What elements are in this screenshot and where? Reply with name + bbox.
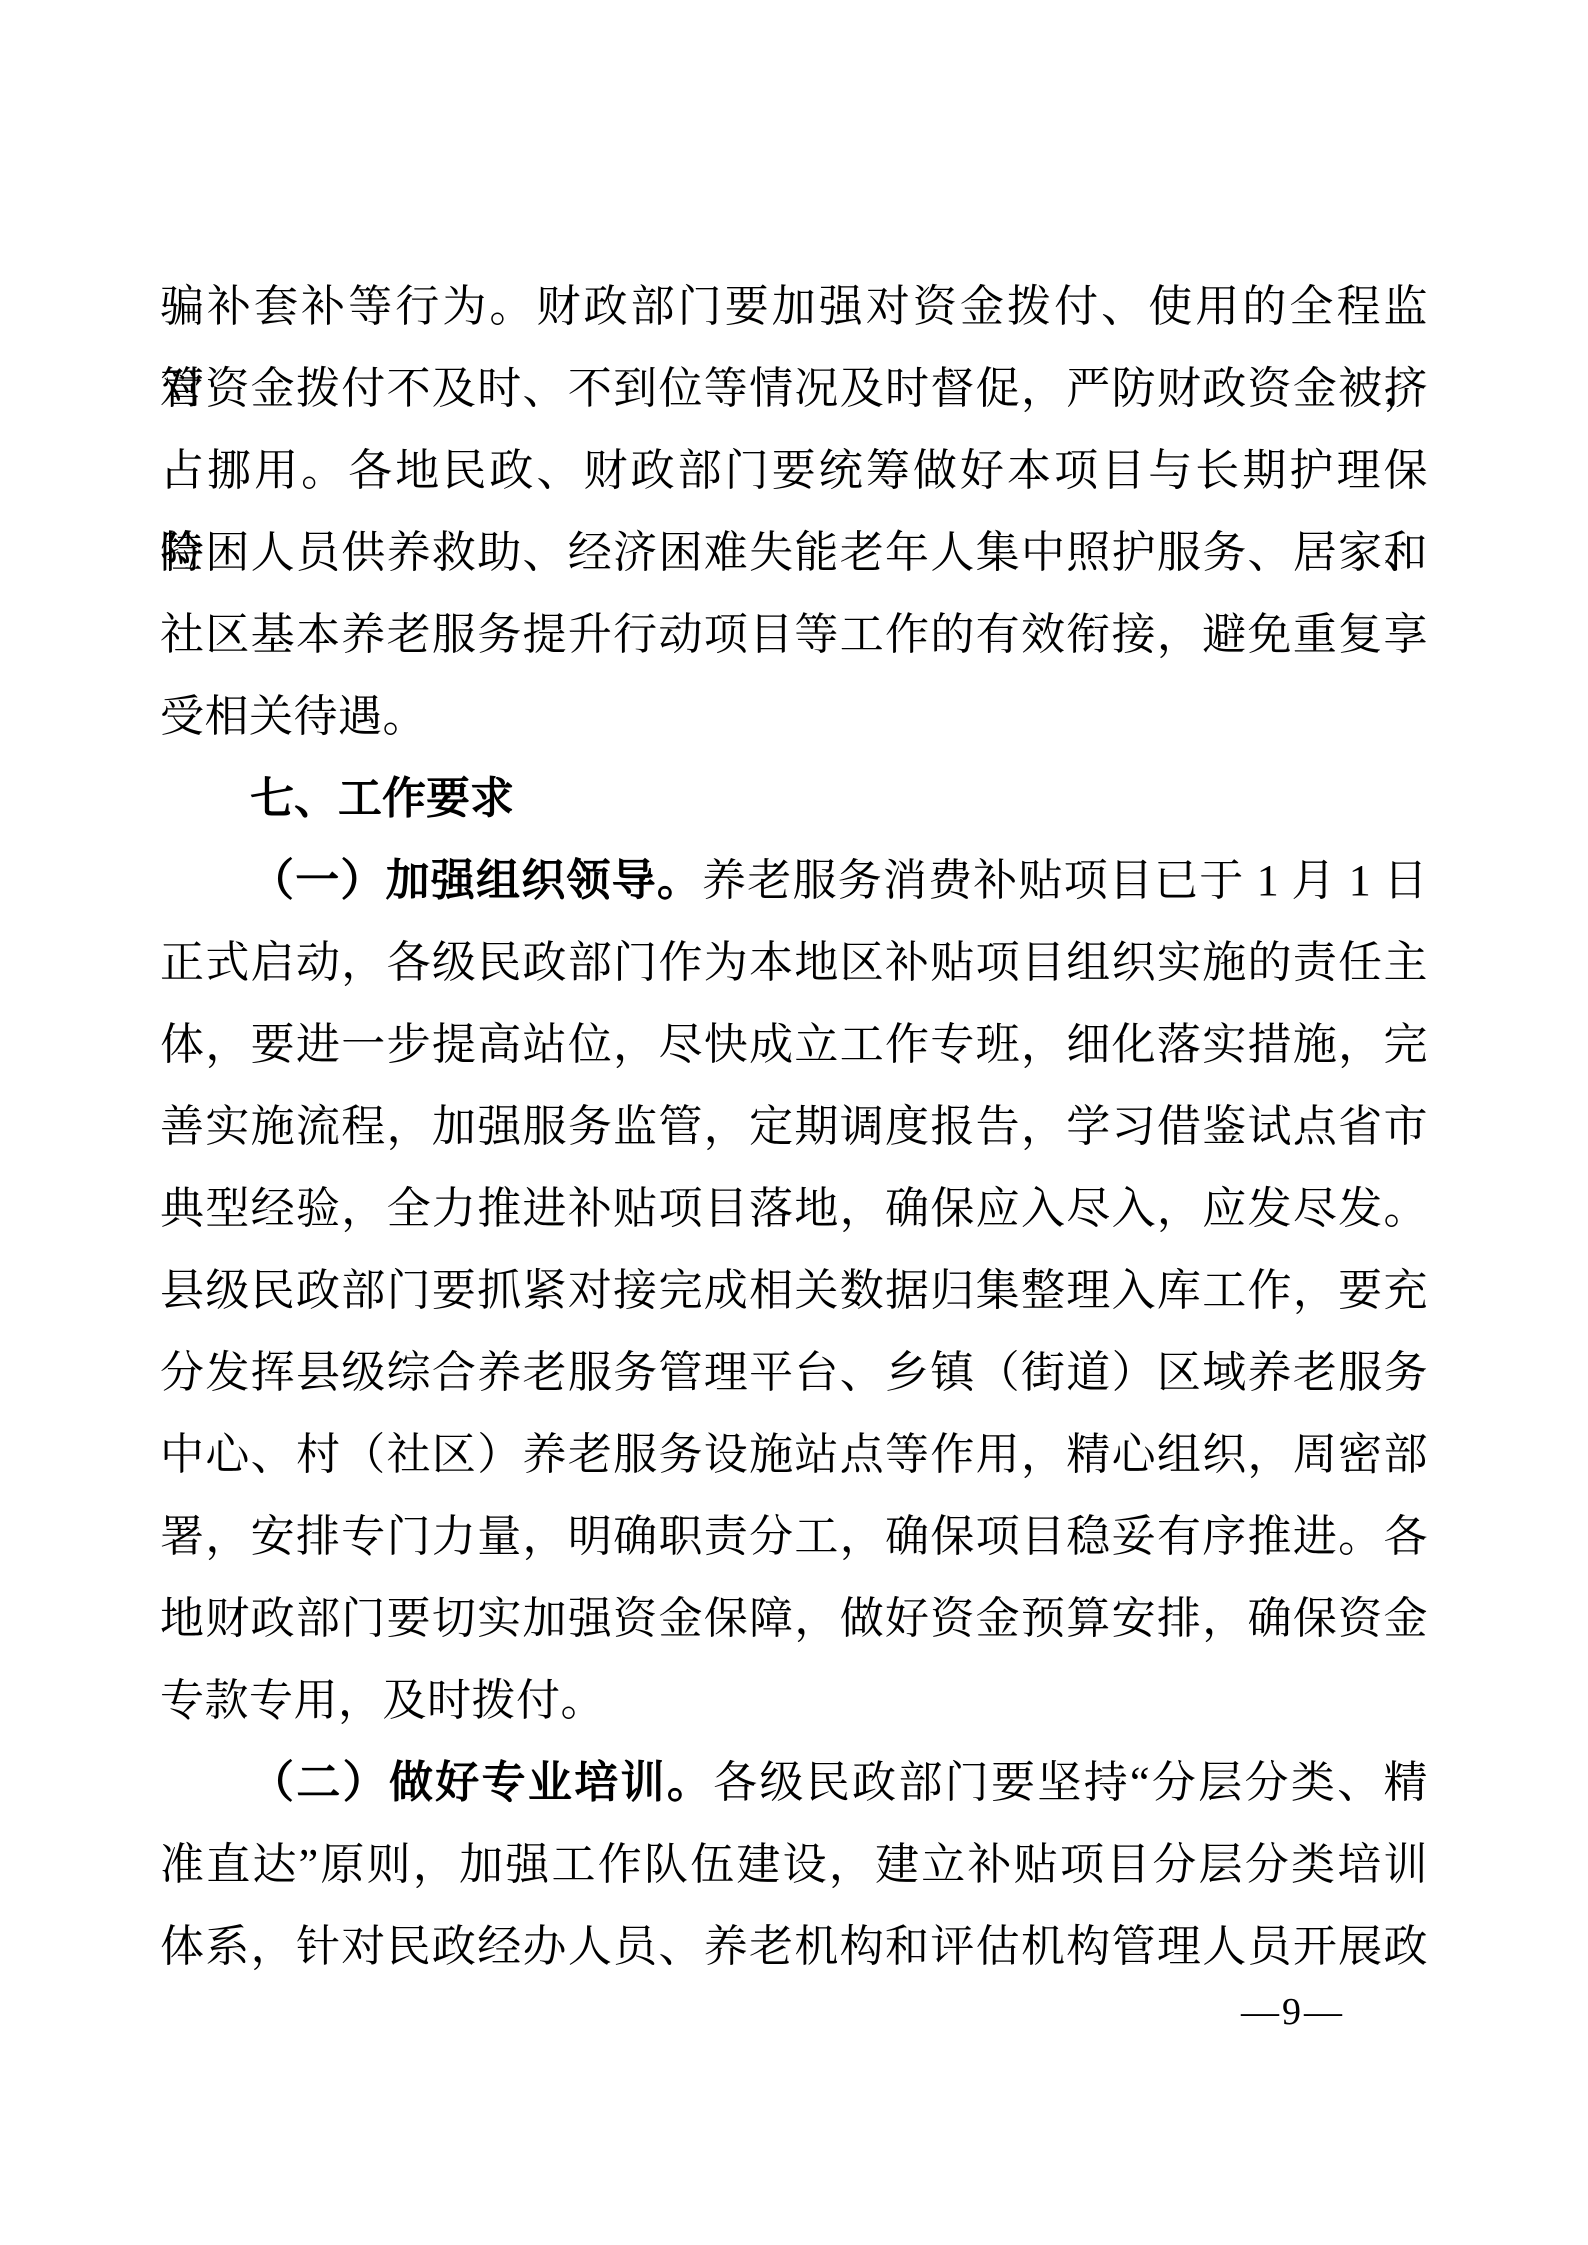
text-line: （二）做好专业培训。各级民政部门要坚持“分层分类、精 (160, 1742, 1428, 1824)
text-run: 县级民政部门要抓紧对接完成相关数据归集整理入库工作，要充 (160, 1266, 1428, 1315)
text-line: 受相关待遇。 (160, 676, 1428, 758)
text-line: 准直达”原则，加强工作队伍建设，建立补贴项目分层分类培训 (160, 1824, 1428, 1906)
text-line: 县级民政部门要抓紧对接完成相关数据归集整理入库工作，要充 (160, 1250, 1428, 1332)
text-line: 对资金拨付不及时、不到位等情况及时督促，严防财政资金被挤 (160, 348, 1428, 430)
text-run: 典型经验，全力推进补贴项目落地，确保应入尽入，应发尽发。 (160, 1184, 1428, 1233)
section-heading: 七、工作要求 (160, 758, 1428, 840)
text-run: 署，安排专门力量，明确职责分工，确保项目稳妥有序推进。各 (160, 1512, 1428, 1561)
text-line: 特困人员供养救助、经济困难失能老年人集中照护服务、居家和 (160, 512, 1428, 594)
text-run: 体系，针对民政经办人员、养老机构和评估机构管理人员开展政 (160, 1922, 1428, 1971)
text-line: 中心、村（社区）养老服务设施站点等作用，精心组织，周密部 (160, 1414, 1428, 1496)
bold-text-run: （二）做好专业培训。 (250, 1758, 713, 1807)
text-run: 受相关待遇。 (160, 692, 427, 741)
text-run: 特困人员供养救助、经济困难失能老年人集中照护服务、居家和 (160, 528, 1428, 577)
bold-text-run: 七、工作要求 (250, 774, 514, 823)
text-run: 善实施流程，加强服务监管，定期调度报告，学习借鉴试点省市 (160, 1102, 1428, 1151)
text-run: 专款专用，及时拨付。 (160, 1676, 605, 1725)
text-run: 对资金拨付不及时、不到位等情况及时督促，严防财政资金被挤 (160, 364, 1428, 413)
text-line: 专款专用，及时拨付。 (160, 1660, 1428, 1742)
text-line: 典型经验，全力推进补贴项目落地，确保应入尽入，应发尽发。 (160, 1168, 1428, 1250)
text-run: 养老服务消费补贴项目已于 1 月 1 日 (702, 856, 1428, 905)
document-body: 骗补套补等行为。财政部门要加强对资金拨付、使用的全程监管，对资金拨付不及时、不到… (160, 266, 1428, 1988)
text-line: 占挪用。各地民政、财政部门要统筹做好本项目与长期护理保险、 (160, 430, 1428, 512)
text-run: 地财政部门要切实加强资金保障，做好资金预算安排，确保资金 (160, 1594, 1428, 1643)
document-page: 骗补套补等行为。财政部门要加强对资金拨付、使用的全程监管，对资金拨付不及时、不到… (0, 0, 1588, 2245)
text-run: 体，要进一步提高站位，尽快成立工作专班，细化落实措施，完 (160, 1020, 1428, 1069)
bold-text-run: （一）加强组织领导。 (250, 856, 702, 905)
text-run: 分发挥县级综合养老服务管理平台、乡镇（街道）区域养老服务 (160, 1348, 1428, 1397)
text-run: 准直达”原则，加强工作队伍建设，建立补贴项目分层分类培训 (160, 1840, 1428, 1889)
page-number: —9— (1241, 1988, 1345, 2036)
text-line: 分发挥县级综合养老服务管理平台、乡镇（街道）区域养老服务 (160, 1332, 1428, 1414)
text-run: 各级民政部门要坚持“分层分类、精 (713, 1758, 1428, 1807)
text-run: 中心、村（社区）养老服务设施站点等作用，精心组织，周密部 (160, 1430, 1428, 1479)
text-run: 社区基本养老服务提升行动项目等工作的有效衔接，避免重复享 (160, 610, 1428, 659)
text-line: 地财政部门要切实加强资金保障，做好资金预算安排，确保资金 (160, 1578, 1428, 1660)
text-line: （一）加强组织领导。养老服务消费补贴项目已于 1 月 1 日 (160, 840, 1428, 922)
text-run: 正式启动，各级民政部门作为本地区补贴项目组织实施的责任主 (160, 938, 1428, 987)
text-line: 社区基本养老服务提升行动项目等工作的有效衔接，避免重复享 (160, 594, 1428, 676)
text-line: 署，安排专门力量，明确职责分工，确保项目稳妥有序推进。各 (160, 1496, 1428, 1578)
text-line: 体系，针对民政经办人员、养老机构和评估机构管理人员开展政 (160, 1906, 1428, 1988)
text-line: 骗补套补等行为。财政部门要加强对资金拨付、使用的全程监管， (160, 266, 1428, 348)
text-line: 体，要进一步提高站位，尽快成立工作专班，细化落实措施，完 (160, 1004, 1428, 1086)
text-line: 正式启动，各级民政部门作为本地区补贴项目组织实施的责任主 (160, 922, 1428, 1004)
text-line: 善实施流程，加强服务监管，定期调度报告，学习借鉴试点省市 (160, 1086, 1428, 1168)
